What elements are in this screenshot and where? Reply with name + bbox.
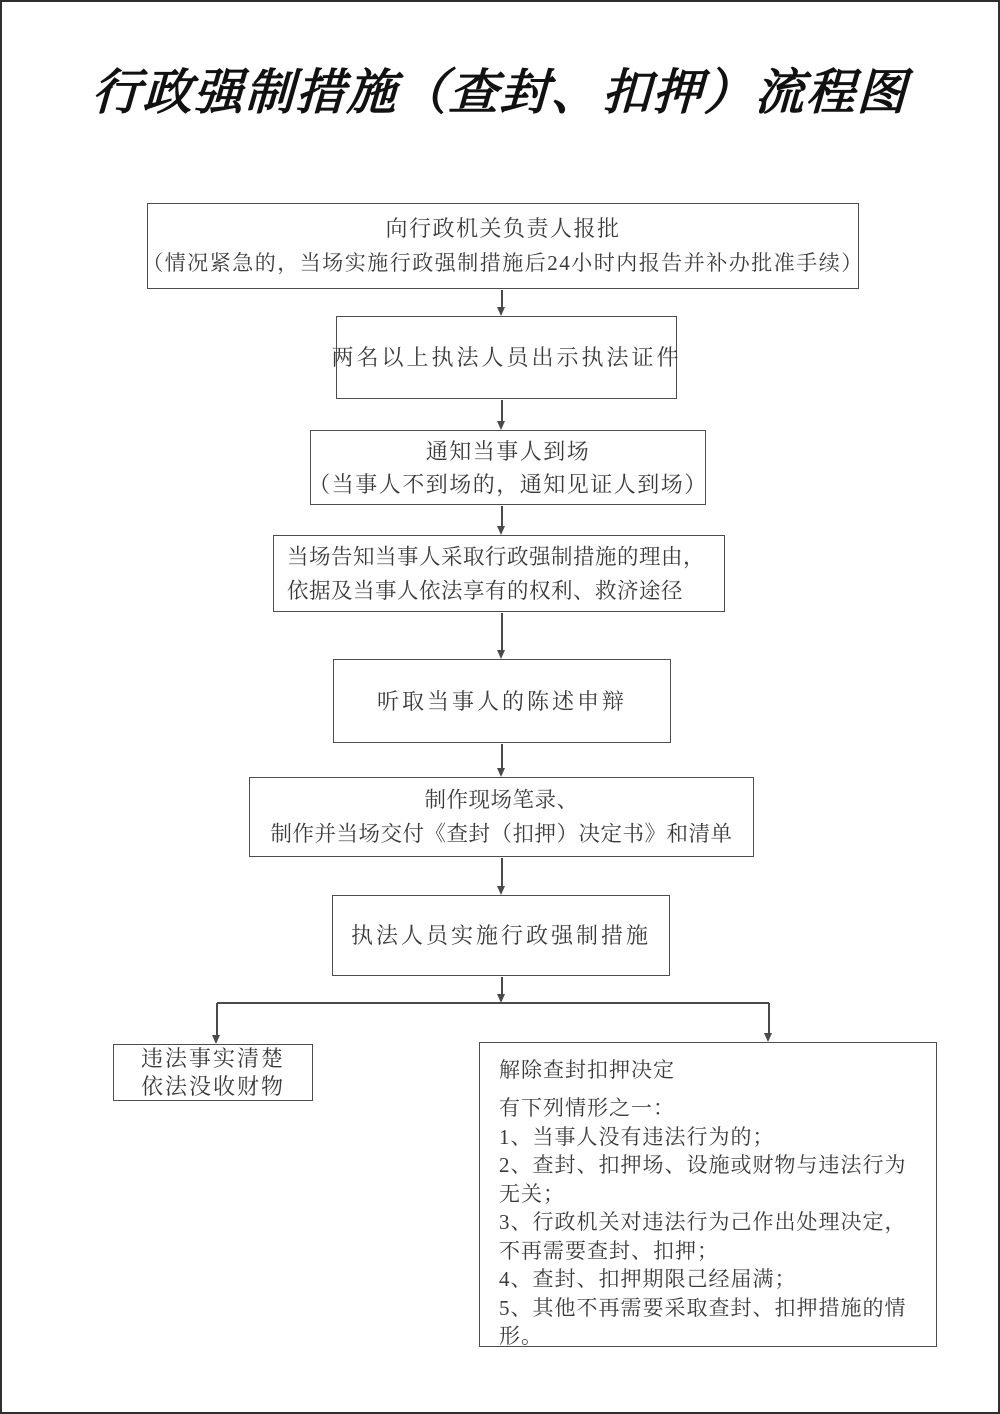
arrow-down-icon	[764, 1033, 772, 1042]
branch-horizontal-line	[217, 1002, 769, 1004]
step-box-show-credentials: 两名以上执法人员出示执法证件	[336, 316, 677, 399]
step-box-make-records: 制作现场笔录、 制作并当场交付《查封（扣押）决定书》和清单	[249, 777, 754, 857]
page-title: 行政强制措施（查封、扣押）流程图	[0, 48, 999, 138]
step-text-line: （情况紧急的，当场实施行政强制措施后24小时内报告并补办批准手续）	[142, 246, 864, 281]
step-text-line: 制作现场笔录、	[424, 783, 578, 817]
flowchart-page: 行政强制措施（查封、扣押）流程图 向行政机关负责人报批 （情况紧急的，当场实施行…	[0, 0, 1000, 1414]
step-box-inform-rights: 当场告知当事人采取行政强制措施的理由， 依据及当事人依法享有的权利、救济途径	[273, 535, 725, 612]
flow-line-3	[501, 506, 503, 526]
step-text-line: 向行政机关负责人报批	[385, 211, 620, 246]
step-text-line: 通知当事人到场	[426, 435, 591, 468]
outcome-box-release-decision: 解除查封扣押决定 有下列情形之一： 1、当事人没有违法行为的； 2、查封、扣押场…	[479, 1042, 937, 1347]
release-condition-item: 2、查封、扣押场、设施或财物与违法行为无关；	[499, 1151, 916, 1208]
outcome-text-line: 违法事实清楚	[141, 1045, 285, 1073]
step-box-hear-statement: 听取当事人的陈述申辩	[333, 659, 671, 743]
step-text-line: 执法人员实施行政强制措施	[351, 918, 651, 953]
flow-line-6	[501, 858, 503, 886]
branch-right-line	[768, 1003, 770, 1033]
flow-line-1	[501, 290, 503, 307]
step-box-implement-measures: 执法人员实施行政强制措施	[332, 895, 670, 976]
flow-line-4	[501, 613, 503, 650]
step-text-line: 当场告知当事人采取行政强制措施的理由，	[287, 540, 705, 574]
step-text-line: 制作并当场交付《查封（扣押）决定书》和清单	[270, 817, 732, 851]
arrow-down-icon	[497, 526, 505, 535]
branch-stem-line	[501, 977, 503, 994]
release-condition-item: 5、其他不再需要采取查封、扣押措施的情形。	[499, 1294, 916, 1351]
arrow-down-icon	[497, 886, 505, 895]
release-decision-title: 解除查封扣押决定	[499, 1056, 916, 1084]
step-text-line: 听取当事人的陈述申辩	[377, 684, 627, 719]
arrow-down-icon	[497, 768, 505, 777]
outcome-box-confiscation: 违法事实清楚 依法没收财物	[113, 1044, 313, 1101]
step-box-notify-party: 通知当事人到场 （当事人不到场的，通知见证人到场）	[310, 430, 706, 505]
flow-line-2	[501, 400, 503, 421]
outcome-text-line: 依法没收财物	[141, 1073, 285, 1101]
arrow-down-icon	[497, 307, 505, 316]
step-text-line: （当事人不到场的，通知见证人到场）	[308, 468, 708, 501]
release-condition-item: 1、当事人没有违法行为的；	[499, 1123, 916, 1152]
arrow-down-icon	[212, 1035, 220, 1044]
step-box-report-approval: 向行政机关负责人报批 （情况紧急的，当场实施行政强制措施后24小时内报告并补办批…	[147, 203, 859, 289]
arrow-down-icon	[497, 650, 505, 659]
release-condition-item: 4、查封、扣押期限己经届满；	[499, 1265, 916, 1294]
arrow-down-icon	[497, 421, 505, 430]
flow-line-5	[501, 744, 503, 768]
step-text-line: 两名以上执法人员出示执法证件	[332, 340, 682, 375]
step-text-line: 依据及当事人依法享有的权利、救济途径	[287, 574, 683, 608]
release-condition-item: 3、行政机关对违法行为己作出处理决定，不再需要查封、扣押；	[499, 1208, 916, 1265]
release-decision-intro: 有下列情形之一：	[499, 1094, 916, 1123]
branch-left-line	[216, 1003, 218, 1035]
